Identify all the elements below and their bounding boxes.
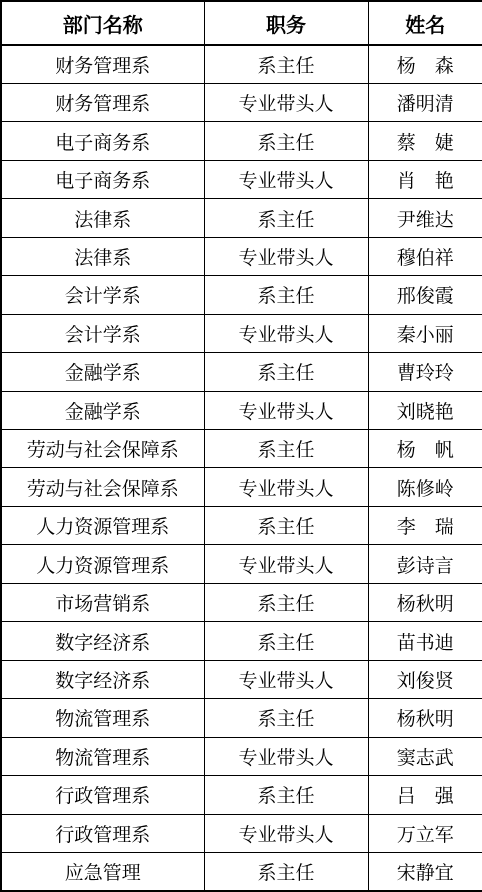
- name-cell: 刘俊贤: [368, 660, 482, 698]
- department-cell: 人力资源管理系: [1, 506, 204, 544]
- name-cell: 邢俊霞: [368, 276, 482, 314]
- column-header-name: 姓名: [368, 1, 482, 45]
- table-body: 财务管理系 系主任 杨 森 财务管理系 专业带头人 潘明清 电子商务系 系主任 …: [1, 45, 482, 891]
- table-row: 人力资源管理系 系主任 李 瑞: [1, 506, 482, 544]
- name-cell: 杨 帆: [368, 430, 482, 468]
- column-header-position: 职务: [204, 1, 368, 45]
- table-row: 法律系 专业带头人 穆伯祥: [1, 237, 482, 275]
- table-row: 人力资源管理系 专业带头人 彭诗言: [1, 545, 482, 583]
- name-cell: 秦小丽: [368, 314, 482, 352]
- table-row: 金融学系 系主任 曹玲玲: [1, 353, 482, 391]
- table-row: 会计学系 专业带头人 秦小丽: [1, 314, 482, 352]
- position-cell: 专业带头人: [204, 160, 368, 198]
- department-cell: 会计学系: [1, 276, 204, 314]
- position-cell: 专业带头人: [204, 237, 368, 275]
- table-row: 数字经济系 专业带头人 刘俊贤: [1, 660, 482, 698]
- table-row: 市场营销系 系主任 杨秋明: [1, 583, 482, 621]
- table-row: 财务管理系 系主任 杨 森: [1, 45, 482, 83]
- department-cell: 电子商务系: [1, 160, 204, 198]
- position-cell: 系主任: [204, 583, 368, 621]
- table-row: 劳动与社会保障系 专业带头人 陈修岭: [1, 468, 482, 506]
- position-cell: 专业带头人: [204, 314, 368, 352]
- name-cell: 穆伯祥: [368, 237, 482, 275]
- table-row: 金融学系 专业带头人 刘晓艳: [1, 391, 482, 429]
- department-cell: 法律系: [1, 237, 204, 275]
- department-cell: 市场营销系: [1, 583, 204, 621]
- position-cell: 系主任: [204, 430, 368, 468]
- department-cell: 物流管理系: [1, 737, 204, 775]
- position-cell: 专业带头人: [204, 737, 368, 775]
- table-row: 财务管理系 专业带头人 潘明清: [1, 83, 482, 121]
- position-cell: 专业带头人: [204, 814, 368, 852]
- position-cell: 系主任: [204, 122, 368, 160]
- position-cell: 专业带头人: [204, 545, 368, 583]
- name-cell: 肖 艳: [368, 160, 482, 198]
- table-row: 物流管理系 系主任 杨秋明: [1, 699, 482, 737]
- position-cell: 系主任: [204, 506, 368, 544]
- name-cell: 杨秋明: [368, 699, 482, 737]
- position-cell: 系主任: [204, 699, 368, 737]
- position-cell: 系主任: [204, 199, 368, 237]
- department-cell: 劳动与社会保障系: [1, 430, 204, 468]
- table-row: 法律系 系主任 尹维达: [1, 199, 482, 237]
- table-row: 会计学系 系主任 邢俊霞: [1, 276, 482, 314]
- name-cell: 尹维达: [368, 199, 482, 237]
- table-row: 行政管理系 专业带头人 万立军: [1, 814, 482, 852]
- position-cell: 专业带头人: [204, 660, 368, 698]
- position-cell: 系主任: [204, 622, 368, 660]
- department-cell: 金融学系: [1, 391, 204, 429]
- position-cell: 专业带头人: [204, 468, 368, 506]
- header-row: 部门名称 职务 姓名: [1, 1, 482, 45]
- position-cell: 系主任: [204, 853, 368, 891]
- table-row: 数字经济系 系主任 苗书迪: [1, 622, 482, 660]
- position-cell: 专业带头人: [204, 391, 368, 429]
- name-cell: 李 瑞: [368, 506, 482, 544]
- department-cell: 行政管理系: [1, 776, 204, 814]
- department-cell: 法律系: [1, 199, 204, 237]
- table-row: 行政管理系 系主任 吕 强: [1, 776, 482, 814]
- name-cell: 彭诗言: [368, 545, 482, 583]
- department-cell: 电子商务系: [1, 122, 204, 160]
- name-cell: 苗书迪: [368, 622, 482, 660]
- name-cell: 宋静宜: [368, 853, 482, 891]
- department-cell: 金融学系: [1, 353, 204, 391]
- table-header: 部门名称 职务 姓名: [1, 1, 482, 45]
- department-cell: 会计学系: [1, 314, 204, 352]
- table-row: 劳动与社会保障系 系主任 杨 帆: [1, 430, 482, 468]
- name-cell: 潘明清: [368, 83, 482, 121]
- department-cell: 财务管理系: [1, 83, 204, 121]
- department-cell: 数字经济系: [1, 660, 204, 698]
- name-cell: 曹玲玲: [368, 353, 482, 391]
- position-cell: 系主任: [204, 45, 368, 83]
- name-cell: 万立军: [368, 814, 482, 852]
- table-row: 应急管理 系主任 宋静宜: [1, 853, 482, 891]
- staff-roster-table: 部门名称 职务 姓名 财务管理系 系主任 杨 森 财务管理系 专业带头人 潘明清…: [0, 0, 482, 892]
- name-cell: 蔡 婕: [368, 122, 482, 160]
- department-cell: 物流管理系: [1, 699, 204, 737]
- position-cell: 系主任: [204, 776, 368, 814]
- name-cell: 刘晓艳: [368, 391, 482, 429]
- department-cell: 人力资源管理系: [1, 545, 204, 583]
- name-cell: 吕 强: [368, 776, 482, 814]
- name-cell: 杨秋明: [368, 583, 482, 621]
- table-row: 物流管理系 专业带头人 窦志武: [1, 737, 482, 775]
- table-row: 电子商务系 系主任 蔡 婕: [1, 122, 482, 160]
- department-cell: 数字经济系: [1, 622, 204, 660]
- department-cell: 财务管理系: [1, 45, 204, 83]
- column-header-department: 部门名称: [1, 1, 204, 45]
- department-cell: 行政管理系: [1, 814, 204, 852]
- name-cell: 陈修岭: [368, 468, 482, 506]
- department-cell: 应急管理: [1, 853, 204, 891]
- name-cell: 窦志武: [368, 737, 482, 775]
- name-cell: 杨 森: [368, 45, 482, 83]
- position-cell: 专业带头人: [204, 83, 368, 121]
- table-row: 电子商务系 专业带头人 肖 艳: [1, 160, 482, 198]
- position-cell: 系主任: [204, 353, 368, 391]
- position-cell: 系主任: [204, 276, 368, 314]
- department-cell: 劳动与社会保障系: [1, 468, 204, 506]
